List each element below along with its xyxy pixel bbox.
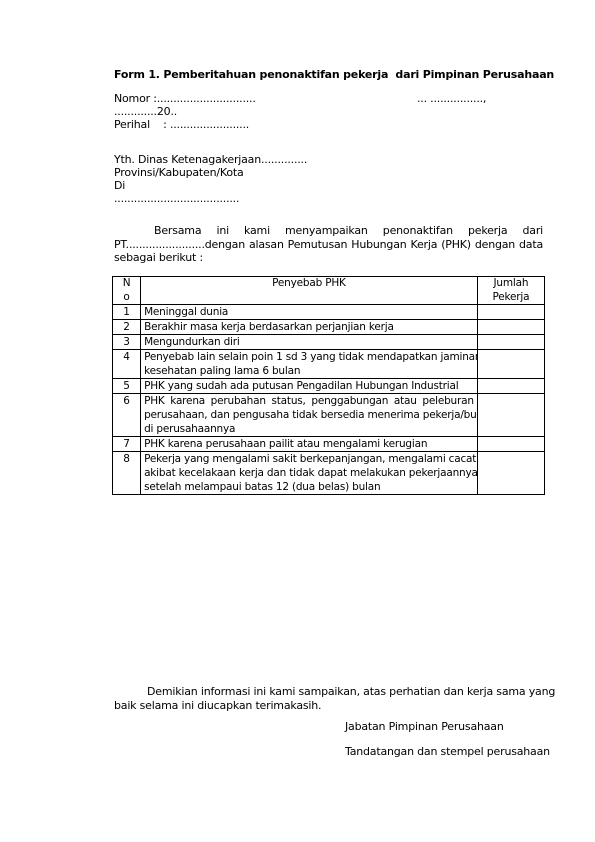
recipient-name: Yth. Dinas Ketenagakerjaan..............	[114, 153, 307, 166]
header-cause: Penyebab PHK	[141, 277, 478, 305]
cell-cause: PHK yang sudah ada putusan Pengadilan Hu…	[141, 379, 478, 394]
table-row: 6PHK karena perubahan status, penggabung…	[113, 394, 545, 437]
signature-title: Jabatan Pimpinan Perusahaan	[345, 720, 504, 733]
year-line: .............20..	[114, 105, 177, 118]
cause-line: Berakhir masa kerja berdasarkan perjanji…	[144, 320, 474, 334]
cause-line: Mengundurkan diri	[144, 335, 474, 349]
nomor-line: Nomor :..............................	[114, 92, 256, 105]
table-row: 3Mengundurkan diri	[113, 335, 545, 350]
recipient-block: Yth. Dinas Ketenagakerjaan..............…	[114, 153, 307, 205]
document-page: Form 1. Pemberitahuan penonaktifan peker…	[0, 0, 595, 842]
paragraph-line: sebagai berikut :	[114, 251, 543, 265]
date-place-line: ... ................,	[417, 92, 486, 105]
signature-caption: Tandatangan dan stempel perusahaan	[345, 745, 550, 758]
paragraph-line: PT........................dengan alasan …	[114, 238, 543, 252]
cause-line: Pekerja yang mengalami sakit berkepanjan…	[144, 452, 474, 466]
table-row: 1Meninggal dunia	[113, 305, 545, 320]
cell-no: 3	[113, 335, 141, 350]
cell-jumlah	[477, 335, 544, 350]
cell-cause: Penyebab lain selain poin 1 sd 3 yang ti…	[141, 350, 478, 379]
cause-line: PHK karena perubahan status, penggabunga…	[144, 394, 474, 408]
header-no: N o	[113, 277, 141, 305]
cell-no: 8	[113, 452, 141, 495]
table-row: 7PHK karena perusahaan pailit atau menga…	[113, 437, 545, 452]
header-no-line1: N	[116, 277, 137, 291]
cell-jumlah	[477, 320, 544, 335]
header-jumlah-line2: Pekerja	[481, 291, 541, 305]
recipient-address: ......................................	[114, 192, 307, 205]
cell-no: 5	[113, 379, 141, 394]
cell-no: 6	[113, 394, 141, 437]
phk-table-body: 1Meninggal dunia2Berakhir masa kerja ber…	[113, 305, 545, 495]
cause-line: perusahaan, dan pengusaha tidak bersedia…	[144, 408, 474, 422]
cause-line: Meninggal dunia	[144, 305, 474, 319]
cell-cause: Mengundurkan diri	[141, 335, 478, 350]
cause-line: Penyebab lain selain poin 1 sd 3 yang ti…	[144, 350, 474, 364]
cell-no: 1	[113, 305, 141, 320]
phk-table: N o Penyebab PHK Jumlah Pekerja 1Meningg…	[112, 276, 545, 495]
cell-no: 7	[113, 437, 141, 452]
phk-table-container: N o Penyebab PHK Jumlah Pekerja 1Meningg…	[112, 276, 545, 495]
cell-jumlah	[477, 350, 544, 379]
table-row: 5PHK yang sudah ada putusan Pengadilan H…	[113, 379, 545, 394]
paragraph-line: Demikian informasi ini kami sampaikan, a…	[114, 685, 543, 699]
cell-cause: Meninggal dunia	[141, 305, 478, 320]
cause-line: PHK yang sudah ada putusan Pengadilan Hu…	[144, 379, 474, 393]
cell-jumlah	[477, 394, 544, 437]
header-no-line2: o	[116, 291, 137, 305]
closing-paragraph: Demikian informasi ini kami sampaikan, a…	[114, 685, 543, 712]
cell-jumlah	[477, 437, 544, 452]
cell-cause: Berakhir masa kerja berdasarkan perjanji…	[141, 320, 478, 335]
cause-line: setelah melampaui batas 12 (dua belas) b…	[144, 480, 474, 494]
paragraph-line: baik selama ini diucapkan terimakasih.	[114, 699, 543, 713]
cause-line: akibat kecelakaan kerja dan tidak dapat …	[144, 466, 474, 480]
page-title: Form 1. Pemberitahuan penonaktifan peker…	[114, 68, 554, 81]
cell-cause: PHK karena perubahan status, penggabunga…	[141, 394, 478, 437]
cell-cause: Pekerja yang mengalami sakit berkepanjan…	[141, 452, 478, 495]
cause-line: kesehatan paling lama 6 bulan	[144, 364, 474, 378]
cell-jumlah	[477, 452, 544, 495]
header-jumlah: Jumlah Pekerja	[477, 277, 544, 305]
header-jumlah-line1: Jumlah	[481, 277, 541, 291]
recipient-di: Di	[114, 179, 307, 192]
table-row: 2Berakhir masa kerja berdasarkan perjanj…	[113, 320, 545, 335]
table-header-row: N o Penyebab PHK Jumlah Pekerja	[113, 277, 545, 305]
cell-no: 4	[113, 350, 141, 379]
cell-no: 2	[113, 320, 141, 335]
cause-line: di perusahaannya	[144, 422, 474, 436]
recipient-region: Provinsi/Kabupaten/Kota	[114, 166, 307, 179]
table-row: 8Pekerja yang mengalami sakit berkepanja…	[113, 452, 545, 495]
cell-cause: PHK karena perusahaan pailit atau mengal…	[141, 437, 478, 452]
table-row: 4Penyebab lain selain poin 1 sd 3 yang t…	[113, 350, 545, 379]
cause-line: PHK karena perusahaan pailit atau mengal…	[144, 437, 474, 451]
cell-jumlah	[477, 379, 544, 394]
perihal-line: Perihal : ........................	[114, 118, 249, 131]
paragraph-line: Bersama ini kami menyampaikan penonaktif…	[114, 224, 543, 238]
cell-jumlah	[477, 305, 544, 320]
intro-paragraph: Bersama ini kami menyampaikan penonaktif…	[114, 224, 543, 265]
